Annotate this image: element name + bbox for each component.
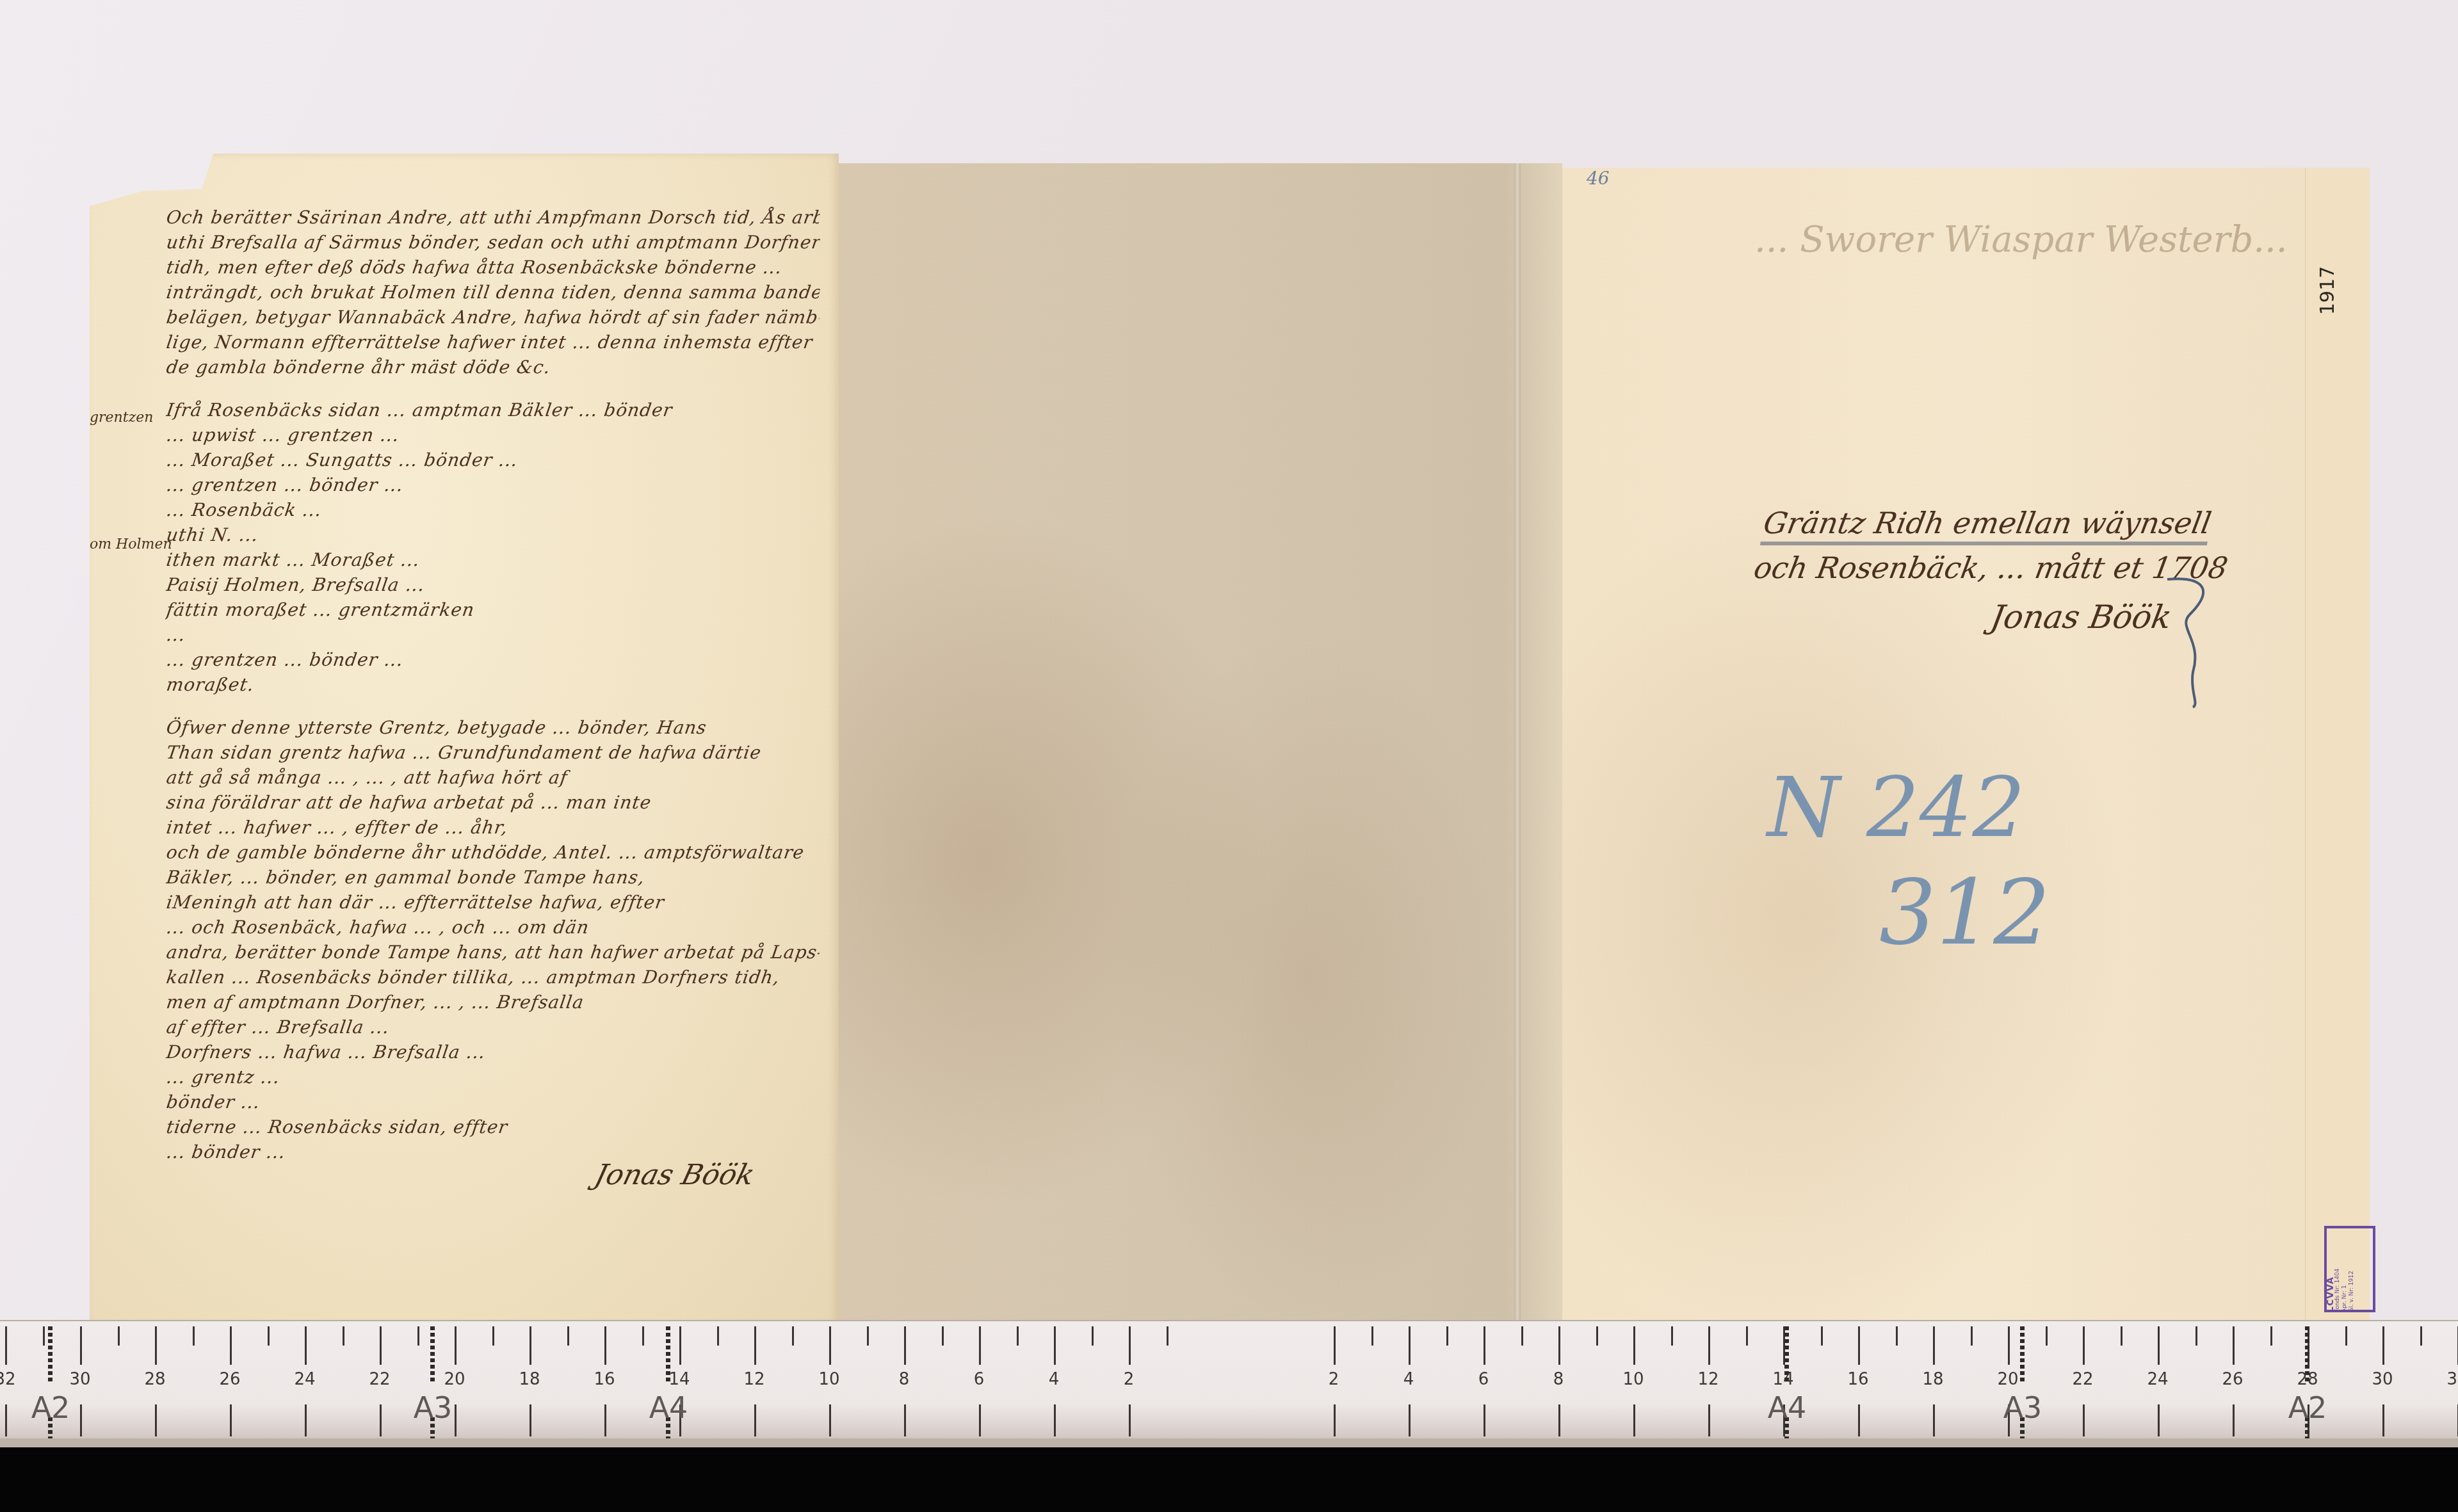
ruler-minor-tick xyxy=(1671,1326,1673,1346)
pencil-number-bottom: 312 xyxy=(1879,861,2050,965)
ruler-major-tick xyxy=(380,1404,382,1436)
ruler-minor-tick xyxy=(1371,1326,1373,1346)
text-line: Than sidan grentz hafwa ... Grundfundame… xyxy=(165,740,821,765)
ruler-tick-label: 22 xyxy=(369,1370,390,1389)
format-marker-bar xyxy=(1784,1326,1789,1384)
ruler-major-tick xyxy=(2083,1404,2085,1436)
ruler-major-tick xyxy=(1409,1404,1411,1436)
ruler-major-tick xyxy=(1708,1404,1710,1436)
ruler-tick-label: 28 xyxy=(144,1370,165,1389)
ruler-tick-label: 20 xyxy=(1997,1370,2018,1389)
ruler-tick-label: 10 xyxy=(1622,1370,1644,1389)
text-line: ... grentzen ... bönder ... xyxy=(165,647,821,672)
page-fold-shadow xyxy=(1514,163,1521,1325)
ruler-major-tick xyxy=(1054,1326,1056,1365)
ruler-major-tick xyxy=(1933,1404,1935,1436)
ruler-major-tick xyxy=(305,1326,307,1365)
text-line: moraßet. xyxy=(165,672,821,697)
ruler-tick-label: 24 xyxy=(294,1370,315,1389)
ruler-major-tick xyxy=(754,1326,756,1365)
ruler-tick-label: 8 xyxy=(899,1370,910,1389)
ruler-major-tick xyxy=(5,1404,7,1436)
text-line: ... och Rosenbäck, hafwa ... , och ... o… xyxy=(165,915,821,940)
ruler-tick-label: 2 xyxy=(1329,1370,1339,1389)
format-label: A3 xyxy=(414,1390,453,1425)
ruler-minor-tick xyxy=(1971,1326,1973,1346)
ruler-major-tick xyxy=(1484,1404,1485,1436)
ruler-major-tick xyxy=(1633,1404,1635,1436)
archive-stamp: LCVVA Fonds Nr: 1404 Apr. Nr: 1 Gl. v. N… xyxy=(2324,1226,2375,1312)
right-paper-strip xyxy=(2305,168,2370,1320)
underlined-text: Gräntz Ridh emellan wäynsell xyxy=(1760,506,2214,545)
ruler-major-tick xyxy=(2158,1404,2160,1436)
text-line: ... upwist ... grentzen ... xyxy=(165,422,821,447)
format-label: A4 xyxy=(1768,1390,1807,1425)
ruler-minor-tick xyxy=(1167,1326,1168,1346)
text-line: ... grentzen ... bönder ... xyxy=(165,472,821,497)
ruler-major-tick xyxy=(1858,1326,1860,1365)
text-line: intet ... hafwer ... , effter de ... åhr… xyxy=(165,815,821,840)
ruler-tick-label: 30 xyxy=(69,1370,90,1389)
ruler-minor-tick xyxy=(2121,1326,2122,1346)
ruler-minor-tick xyxy=(642,1326,644,1346)
ruler-major-tick xyxy=(1558,1404,1560,1436)
left-manuscript-page: Och berätter Ssärinan Andre, att uthi Am… xyxy=(90,154,839,1325)
ruler-minor-tick xyxy=(717,1326,719,1346)
ruler-major-tick xyxy=(530,1326,531,1365)
ruler-major-tick xyxy=(1054,1404,1056,1436)
ruler-major-tick xyxy=(1558,1326,1560,1365)
ruler-major-tick xyxy=(1129,1326,1131,1365)
text-line: att gå så många ... , ... , att hafwa hö… xyxy=(165,765,821,790)
ruler-minor-tick xyxy=(417,1326,419,1346)
stamp-title: LCVVA xyxy=(2327,1229,2334,1312)
format-marker-bar xyxy=(666,1326,670,1384)
text-line: Paisij Holmen, Brefsalla ... xyxy=(165,572,821,597)
ruler-tick-label: 16 xyxy=(594,1370,615,1389)
margin-note-grentzen: grentzen xyxy=(90,410,153,426)
ruler-minor-tick xyxy=(2270,1326,2272,1346)
ruler-minor-tick xyxy=(343,1326,344,1346)
ruler-tick-label: 16 xyxy=(1847,1370,1868,1389)
ruler-major-tick xyxy=(1409,1326,1411,1365)
ruler-minor-tick xyxy=(1446,1326,1448,1346)
ruler-tick-label: 6 xyxy=(1478,1370,1489,1389)
ruler-minor-tick xyxy=(268,1326,270,1346)
format-label: A2 xyxy=(2288,1390,2327,1425)
pencil-bracket-mark xyxy=(2164,576,2228,711)
ruler-major-tick xyxy=(904,1326,906,1365)
format-marker-bar xyxy=(430,1326,435,1384)
format-label: A3 xyxy=(2003,1390,2042,1425)
ruler-major-tick xyxy=(1484,1326,1485,1365)
ruler-minor-tick xyxy=(193,1326,195,1346)
signature-left: Jonas Böök xyxy=(592,1159,758,1191)
ruler-major-tick xyxy=(155,1326,157,1365)
format-marker-bar xyxy=(2020,1326,2025,1384)
ruler-major-tick xyxy=(904,1404,906,1436)
ruler-minor-tick xyxy=(1521,1326,1523,1346)
paragraph-2: Ifrå Rosenbäcks sidan ... amptman Bäkler… xyxy=(166,398,820,697)
stamp-gl-label: Gl. v. Nr: xyxy=(2349,1287,2355,1312)
ruler-major-tick xyxy=(155,1404,157,1436)
stamp-apr-label: Apr. Nr: xyxy=(2341,1291,2348,1312)
ruler-major-tick xyxy=(80,1404,82,1436)
ruler-minor-tick xyxy=(1746,1326,1748,1346)
ruler-minor-tick xyxy=(867,1326,869,1346)
page-marker: 46 xyxy=(1587,168,1610,189)
stamp-gl-value: 1912 xyxy=(2349,1271,2355,1285)
ruler-minor-tick xyxy=(43,1326,45,1346)
ruler-major-tick xyxy=(305,1404,307,1436)
margin-note-holmen: om Holmen xyxy=(90,536,172,552)
ruler-tick-label: 32 xyxy=(0,1370,16,1389)
ruler-major-tick xyxy=(754,1404,756,1436)
ruler-major-tick xyxy=(979,1404,981,1436)
pencil-number-top: N 242 xyxy=(1767,759,2025,856)
ruler-tick-label: 14 xyxy=(1772,1370,1793,1389)
ruler-major-tick xyxy=(1633,1326,1635,1365)
text-line: sina föräldrar att de hafwa arbetat på .… xyxy=(165,790,821,815)
ruler-major-tick xyxy=(1334,1326,1336,1365)
paragraph-3: Öfwer denne ytterste Grentz, betygade ..… xyxy=(166,715,820,1164)
text-line: iMeningh att han där ... effterrättelse … xyxy=(165,890,821,915)
ruler-major-tick xyxy=(1858,1404,1860,1436)
text-line: ... Rosenbäck ... xyxy=(165,497,821,522)
ruler-tick-label: 4 xyxy=(1403,1370,1414,1389)
ruler-tick-label: 6 xyxy=(974,1370,985,1389)
stamp-apr-value: 1 xyxy=(2341,1285,2348,1289)
text-line: Bäkler, ... bönder, en gammal bonde Tamp… xyxy=(165,865,821,890)
text-line: uthi N. ... xyxy=(165,522,821,547)
ruler-edge xyxy=(0,1438,2458,1447)
ruler-tick-label: 14 xyxy=(668,1370,690,1389)
format-marker-bar xyxy=(48,1326,53,1384)
left-page-text: Och berätter Ssärinan Andre, att uthi Am… xyxy=(166,205,820,1164)
ruler-major-tick xyxy=(604,1326,606,1365)
ruler-tick-label: 26 xyxy=(219,1370,240,1389)
ruler-major-tick xyxy=(80,1326,82,1365)
measurement-ruler: 3230282624222018161412108642246810121416… xyxy=(0,1320,2458,1440)
ruler-major-tick xyxy=(2233,1326,2235,1365)
text-line: ... Moraßet ... Sungatts ... bönder ... xyxy=(165,447,821,472)
ruler-major-tick xyxy=(829,1404,831,1436)
ruler-minor-tick xyxy=(1017,1326,1019,1346)
ruler-major-tick xyxy=(979,1326,981,1365)
text-line: fättin moraßet ... grentzmärken xyxy=(165,597,821,622)
ruler-tick-label: 8 xyxy=(1553,1370,1564,1389)
ruler-major-tick xyxy=(2233,1404,2235,1436)
text-line: ... xyxy=(165,622,821,647)
text-line: de gambla bönderne åhr mäst döde &c. xyxy=(165,355,821,380)
ruler-minor-tick xyxy=(567,1326,569,1346)
ruler-major-tick xyxy=(679,1326,681,1365)
text-line: uthi Brefsalla af Särmus bönder, sedan o… xyxy=(165,230,821,255)
ruler-tick-label: 24 xyxy=(2147,1370,2168,1389)
annotation-line-1: Gräntz Ridh emellan wäynsell xyxy=(1761,506,2214,540)
stamp-fonds-label: Fonds Nr: xyxy=(2334,1285,2341,1312)
ruler-major-tick xyxy=(530,1404,531,1436)
ruler-tick-label: 4 xyxy=(1049,1370,1060,1389)
ruler-minor-tick xyxy=(2195,1326,2197,1346)
text-line: Öfwer denne ytterste Grentz, betygade ..… xyxy=(165,715,821,740)
ruler-major-tick xyxy=(1933,1326,1935,1365)
ruler-minor-tick xyxy=(492,1326,494,1346)
ruler-minor-tick xyxy=(1092,1326,1094,1346)
ruler-tick-label: 18 xyxy=(519,1370,540,1389)
ruler-major-tick xyxy=(2382,1326,2384,1365)
ruler-minor-tick xyxy=(2345,1326,2347,1346)
ruler-minor-tick xyxy=(118,1326,120,1346)
text-line: bönder ... xyxy=(165,1090,821,1114)
paragraph-1: Och berätter Ssärinan Andre, att uthi Am… xyxy=(166,205,820,380)
text-line: lige, Normann effterrättelse hafwer inte… xyxy=(165,330,821,355)
ruler-minor-tick xyxy=(1821,1326,1823,1346)
text-line: Ifrå Rosenbäcks sidan ... amptman Bäkler… xyxy=(165,398,821,422)
ruler-major-tick xyxy=(230,1326,232,1365)
ruler-minor-tick xyxy=(942,1326,944,1346)
ruler-minor-tick xyxy=(1896,1326,1898,1346)
ruler-tick-label: 18 xyxy=(1922,1370,1943,1389)
ruler-tick-label: 10 xyxy=(818,1370,839,1389)
faded-heading: ... Sworer Wiaspar Westerb... xyxy=(1754,219,2288,261)
ruler-major-tick xyxy=(2008,1326,2010,1365)
ruler-major-tick xyxy=(829,1326,831,1365)
text-line: ... grentz ... xyxy=(165,1065,821,1090)
stamp-fonds-value: 1404 xyxy=(2334,1269,2341,1283)
text-line: kallen ... Rosenbäcks bönder tillika, ..… xyxy=(165,965,821,990)
ruler-tick-label: 20 xyxy=(444,1370,465,1389)
archive-number: 1917 xyxy=(2317,266,2339,315)
text-line: tidh, men efter deß döds hafwa åtta Rose… xyxy=(165,255,821,280)
ruler-tick-label: 30 xyxy=(2372,1370,2393,1389)
ruler-tick-label: 22 xyxy=(2072,1370,2093,1389)
format-marker-bar xyxy=(2305,1326,2309,1384)
ruler-tick-label: 32 xyxy=(2446,1370,2458,1389)
text-line: tiderne ... Rosenbäcks sidan, effter xyxy=(165,1114,821,1139)
middle-page-verso xyxy=(839,163,1562,1325)
right-page: ... Sworer Wiaspar Westerb... xyxy=(1562,168,2369,1320)
annotation-line-2: och Rosenbäck, ... mått et 1708 xyxy=(1751,551,2230,585)
ruler-major-tick xyxy=(455,1404,457,1436)
text-line: andra, berätter bonde Tampe hans, att ha… xyxy=(165,940,821,965)
ruler-major-tick xyxy=(1334,1404,1336,1436)
ruler-major-tick xyxy=(1708,1326,1710,1365)
ruler-major-tick xyxy=(2158,1326,2160,1365)
ruler-major-tick xyxy=(2382,1404,2384,1436)
ruler-tick-label: 12 xyxy=(1697,1370,1718,1389)
text-line: belägen, betygar Wannabäck Andre, hafwa … xyxy=(165,305,821,330)
text-line: af effter ... Brefsalla ... xyxy=(165,1015,821,1040)
scanner-black-border xyxy=(0,1447,2458,1512)
ruler-minor-tick xyxy=(1596,1326,1598,1346)
ruler-minor-tick xyxy=(792,1326,794,1346)
ruler-major-tick xyxy=(1129,1404,1131,1436)
ruler-tick-label: 2 xyxy=(1124,1370,1135,1389)
ruler-major-tick xyxy=(230,1404,232,1436)
ruler-tick-label: 12 xyxy=(743,1370,764,1389)
text-line: Och berätter Ssärinan Andre, att uthi Am… xyxy=(165,205,821,230)
ruler-major-tick xyxy=(2083,1326,2085,1365)
format-label: A2 xyxy=(31,1390,70,1425)
ruler-tick-label: 26 xyxy=(2222,1370,2243,1389)
ruler-minor-tick xyxy=(2420,1326,2422,1346)
text-line: och de gamble bönderne åhr uthdödde, Ant… xyxy=(165,840,821,865)
format-label: A4 xyxy=(649,1390,688,1425)
text-line: ithen markt ... Moraßet ... xyxy=(165,547,821,572)
text-line: men af amptmann Dorfner, ... , ... Brefs… xyxy=(165,990,821,1015)
signature-right: Jonas Böök xyxy=(1988,599,2174,636)
text-line: inträngdt, och brukat Holmen till denna … xyxy=(165,280,821,305)
ruler-major-tick xyxy=(604,1404,606,1436)
ruler-major-tick xyxy=(455,1326,457,1365)
text-line: Dorfners ... hafwa ... Brefsalla ... xyxy=(165,1040,821,1065)
ruler-major-tick xyxy=(380,1326,382,1365)
ruler-major-tick xyxy=(5,1326,7,1365)
ruler-minor-tick xyxy=(2046,1326,2048,1346)
